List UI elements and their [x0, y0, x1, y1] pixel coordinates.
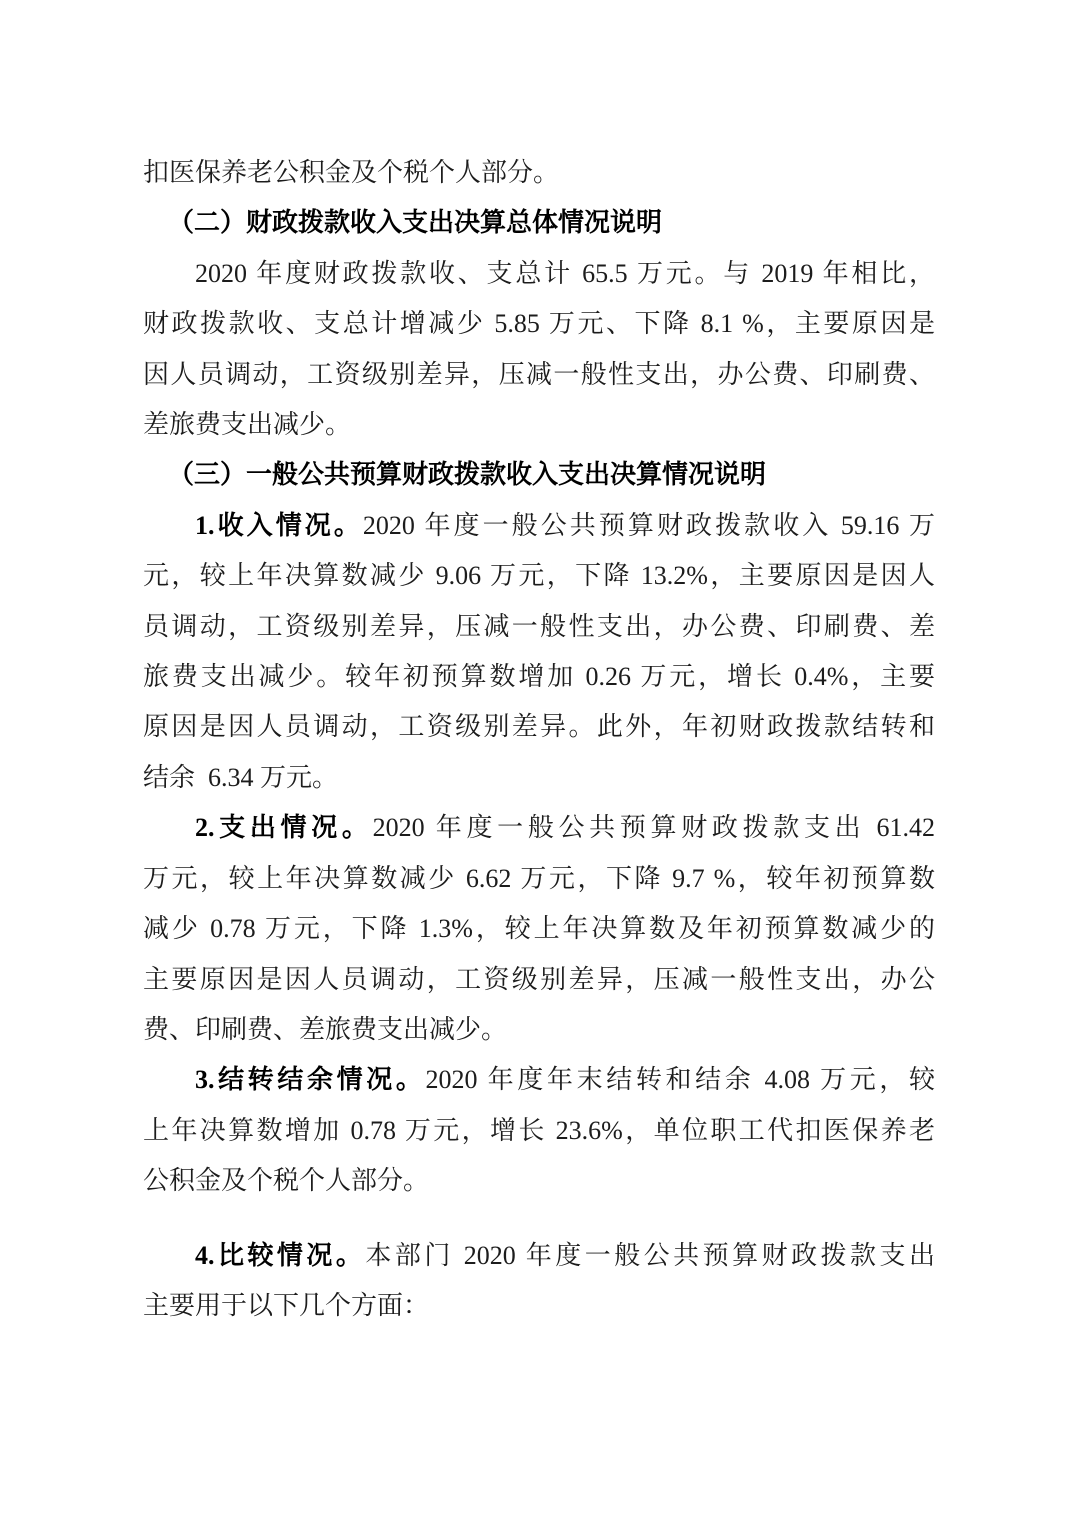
text-run: 扣医保养老公积金及个税个人部分。	[143, 158, 559, 187]
body-line: 万元，较上年决算数减少 6.62 万元，下降 9.7 %，较年初预算数	[143, 854, 935, 904]
text-run: 减少 0.78 万元，下降 1.3%，较上年决算数及年初预算数减少的	[143, 914, 935, 943]
text-run: 原因是因人员调动，工资级别差异。此外，年初财政拨款结转和	[143, 712, 935, 741]
text-run: 费、印刷费、差旅费支出减少。	[143, 1015, 507, 1044]
body-line: 4.比较情况。本部门 2020 年度一般公共预算财政拨款支出	[143, 1231, 935, 1281]
text-run: 元，较上年决算数减少 9.06 万元，下降 13.2%，主要原因是因人	[143, 561, 935, 590]
body-line: 上年决算数增加 0.78 万元，增长 23.6%，单位职工代扣医保养老	[143, 1106, 935, 1156]
body-line: 结余 6.34 万元。	[143, 753, 935, 803]
bold-run: 4.比较情况。	[195, 1241, 365, 1270]
text-run: 员调动，工资级别差异，压减一般性支出，办公费、印刷费、差	[143, 612, 935, 641]
body-line: 差旅费支出减少。	[143, 400, 935, 450]
text-run: 2020 年度一般公共预算财政拨款支出 61.42	[373, 813, 935, 842]
text-run: 主要用于以下几个方面：	[143, 1291, 429, 1320]
section-heading: （二）财政拨款收入支出决算总体情况说明	[143, 198, 935, 248]
body-line: 原因是因人员调动，工资级别差异。此外，年初财政拨款结转和	[143, 702, 935, 752]
body-line: 2020 年度财政拨款收、支总计 65.5 万元。与 2019 年相比，	[143, 249, 935, 299]
body-line: 扣医保养老公积金及个税个人部分。	[143, 148, 935, 198]
section-heading: （三）一般公共预算财政拨款收入支出决算情况说明	[143, 450, 935, 500]
body-line: 减少 0.78 万元，下降 1.3%，较上年决算数及年初预算数减少的	[143, 904, 935, 954]
text-run: 2020 年度财政拨款收、支总计 65.5 万元。与 2019 年相比，	[195, 259, 935, 288]
bold-run: 2.支出情况。	[195, 813, 373, 842]
bold-run: （二）财政拨款收入支出决算总体情况说明	[168, 208, 662, 237]
body-line: 2.支出情况。2020 年度一般公共预算财政拨款支出 61.42	[143, 803, 935, 853]
text-run: 主要原因是因人员调动，工资级别差异，压减一般性支出，办公	[143, 965, 935, 994]
text-run: 上年决算数增加 0.78 万元，增长 23.6%，单位职工代扣医保养老	[143, 1116, 935, 1145]
body-line: 公积金及个税个人部分。	[143, 1156, 935, 1206]
body-line: 元，较上年决算数减少 9.06 万元，下降 13.2%，主要原因是因人	[143, 551, 935, 601]
text-run: 旅费支出减少。较年初预算数增加 0.26 万元，增长 0.4%，主要	[143, 662, 935, 691]
text-run: 因人员调动，工资级别差异，压减一般性支出，办公费、印刷费、	[143, 360, 935, 389]
text-run: 本部门 2020 年度一般公共预算财政拨款支出	[365, 1241, 935, 1270]
body-line: 员调动，工资级别差异，压减一般性支出，办公费、印刷费、差	[143, 602, 935, 652]
text-run: 财政拨款收、支总计增减少 5.85 万元、下降 8.1 %，主要原因是	[143, 309, 935, 338]
text-run: 2020 年度年末结转和结余 4.08 万元，较	[426, 1065, 935, 1094]
document-page: 扣医保养老公积金及个税个人部分。（二）财政拨款收入支出决算总体情况说明2020 …	[0, 0, 1074, 1520]
bold-run: 1.收入情况。	[195, 511, 363, 540]
bold-run: 3.结转结余情况。	[195, 1065, 426, 1094]
text-run: 公积金及个税个人部分。	[143, 1166, 429, 1195]
body-line: 3.结转结余情况。2020 年度年末结转和结余 4.08 万元，较	[143, 1055, 935, 1105]
text-run: 差旅费支出减少。	[143, 410, 351, 439]
body-line: 因人员调动，工资级别差异，压减一般性支出，办公费、印刷费、	[143, 350, 935, 400]
body-line: 1.收入情况。2020 年度一般公共预算财政拨款收入 59.16 万	[143, 501, 935, 551]
body-line: 费、印刷费、差旅费支出减少。	[143, 1005, 935, 1055]
body-line: 财政拨款收、支总计增减少 5.85 万元、下降 8.1 %，主要原因是	[143, 299, 935, 349]
body-line: 主要用于以下几个方面：	[143, 1281, 935, 1331]
text-run: 万元，较上年决算数减少 6.62 万元，下降 9.7 %，较年初预算数	[143, 864, 935, 893]
text-run: 2020 年度一般公共预算财政拨款收入 59.16 万	[363, 511, 935, 540]
body-line: 旅费支出减少。较年初预算数增加 0.26 万元，增长 0.4%，主要	[143, 652, 935, 702]
document-body: 扣医保养老公积金及个税个人部分。（二）财政拨款收入支出决算总体情况说明2020 …	[143, 148, 935, 1331]
bold-run: （三）一般公共预算财政拨款收入支出决算情况说明	[168, 460, 766, 489]
text-run: 结余 6.34 万元。	[143, 763, 338, 792]
body-line: 主要原因是因人员调动，工资级别差异，压减一般性支出，办公	[143, 955, 935, 1005]
